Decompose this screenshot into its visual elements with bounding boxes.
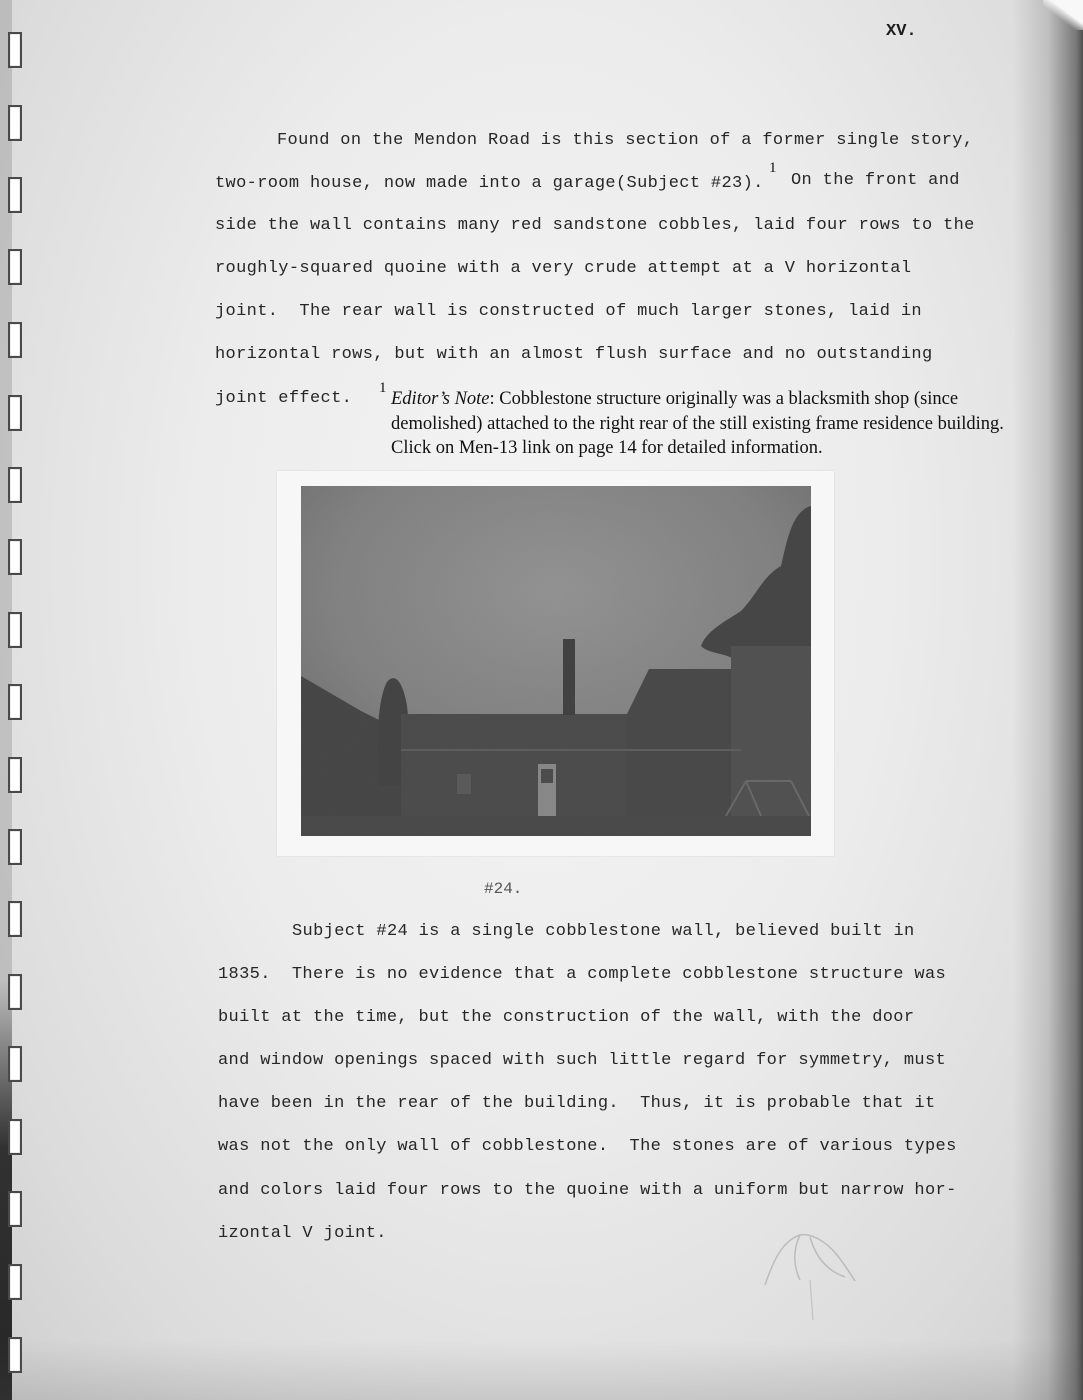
text-line: built at the time, but the construction … (218, 1008, 914, 1028)
editor-note-text: demolished) attached to the right rear o… (391, 412, 1071, 437)
text-line: and colors laid four rows to the quoine … (218, 1181, 957, 1201)
photo-caption: #24. (484, 880, 522, 898)
text-line: horizontal rows, but with an almost flus… (215, 345, 933, 365)
text-line: two-room house, now made into a garage(S… (215, 174, 764, 194)
document-page: XV. Found on the Mendon Road is this sec… (0, 0, 1083, 1400)
text-line: and window openings spaced with such lit… (218, 1051, 946, 1071)
page-bottom-edge-shadow (0, 1340, 1083, 1400)
footnote-marker: 1 (769, 160, 777, 177)
binding-hole-icon (8, 467, 22, 503)
text-line: joint effect. (215, 389, 352, 409)
binding-hole-icon (8, 395, 22, 431)
page-right-edge-shadow (1013, 0, 1083, 1400)
text-line: On the front and (791, 171, 960, 191)
text-line: Subject #24 is a single cobblestone wall… (292, 922, 915, 942)
text-line: Found on the Mendon Road is this section… (277, 131, 973, 151)
binding-hole-icon (8, 1337, 22, 1373)
binding-hole-icon (8, 105, 22, 141)
binding-hole-icon (8, 1119, 22, 1155)
page-corner (1043, 0, 1083, 30)
binding-hole-icon (8, 612, 22, 648)
binding-hole-icon (8, 177, 22, 213)
text-line: have been in the rear of the building. T… (218, 1094, 936, 1114)
binding-hole-icon (8, 539, 22, 575)
pencil-sketch-icon (755, 1225, 865, 1335)
photo-image (301, 486, 811, 836)
text-line: joint. The rear wall is constructed of m… (215, 302, 922, 322)
editor-note-marker: 1 (379, 380, 387, 397)
binding-hole-icon (8, 249, 22, 285)
binding-hole-icon (8, 1264, 22, 1300)
binding-hole-icon (8, 1046, 22, 1082)
editor-note-link-text[interactable]: Click on Men-13 link on page 14 for deta… (391, 436, 1071, 461)
editor-note-label: Editor’s Note (391, 389, 490, 409)
photo-mount (277, 471, 834, 856)
text-line: roughly-squared quoine with a very crude… (215, 259, 911, 279)
editor-note-text: : Cobblestone structure originally was a… (490, 389, 959, 409)
text-line: side the wall contains many red sandston… (215, 216, 975, 236)
text-line: was not the only wall of cobblestone. Th… (218, 1137, 957, 1157)
binding-hole-icon (8, 684, 22, 720)
binding-hole-icon (8, 322, 22, 358)
binding-hole-icon (8, 32, 22, 68)
binding-hole-icon (8, 974, 22, 1010)
binding-hole-icon (8, 901, 22, 937)
page-number: XV. (886, 22, 917, 41)
binding-hole-icon (8, 829, 22, 865)
text-line: 1835. There is no evidence that a comple… (218, 965, 946, 985)
editor-note: Editor’s Note: Cobblestone structure ori… (391, 387, 1071, 461)
binding-hole-icon (8, 757, 22, 793)
photograph-subject-24 (301, 486, 811, 836)
binding-hole-icon (8, 1191, 22, 1227)
text-line: izontal V joint. (218, 1224, 387, 1244)
